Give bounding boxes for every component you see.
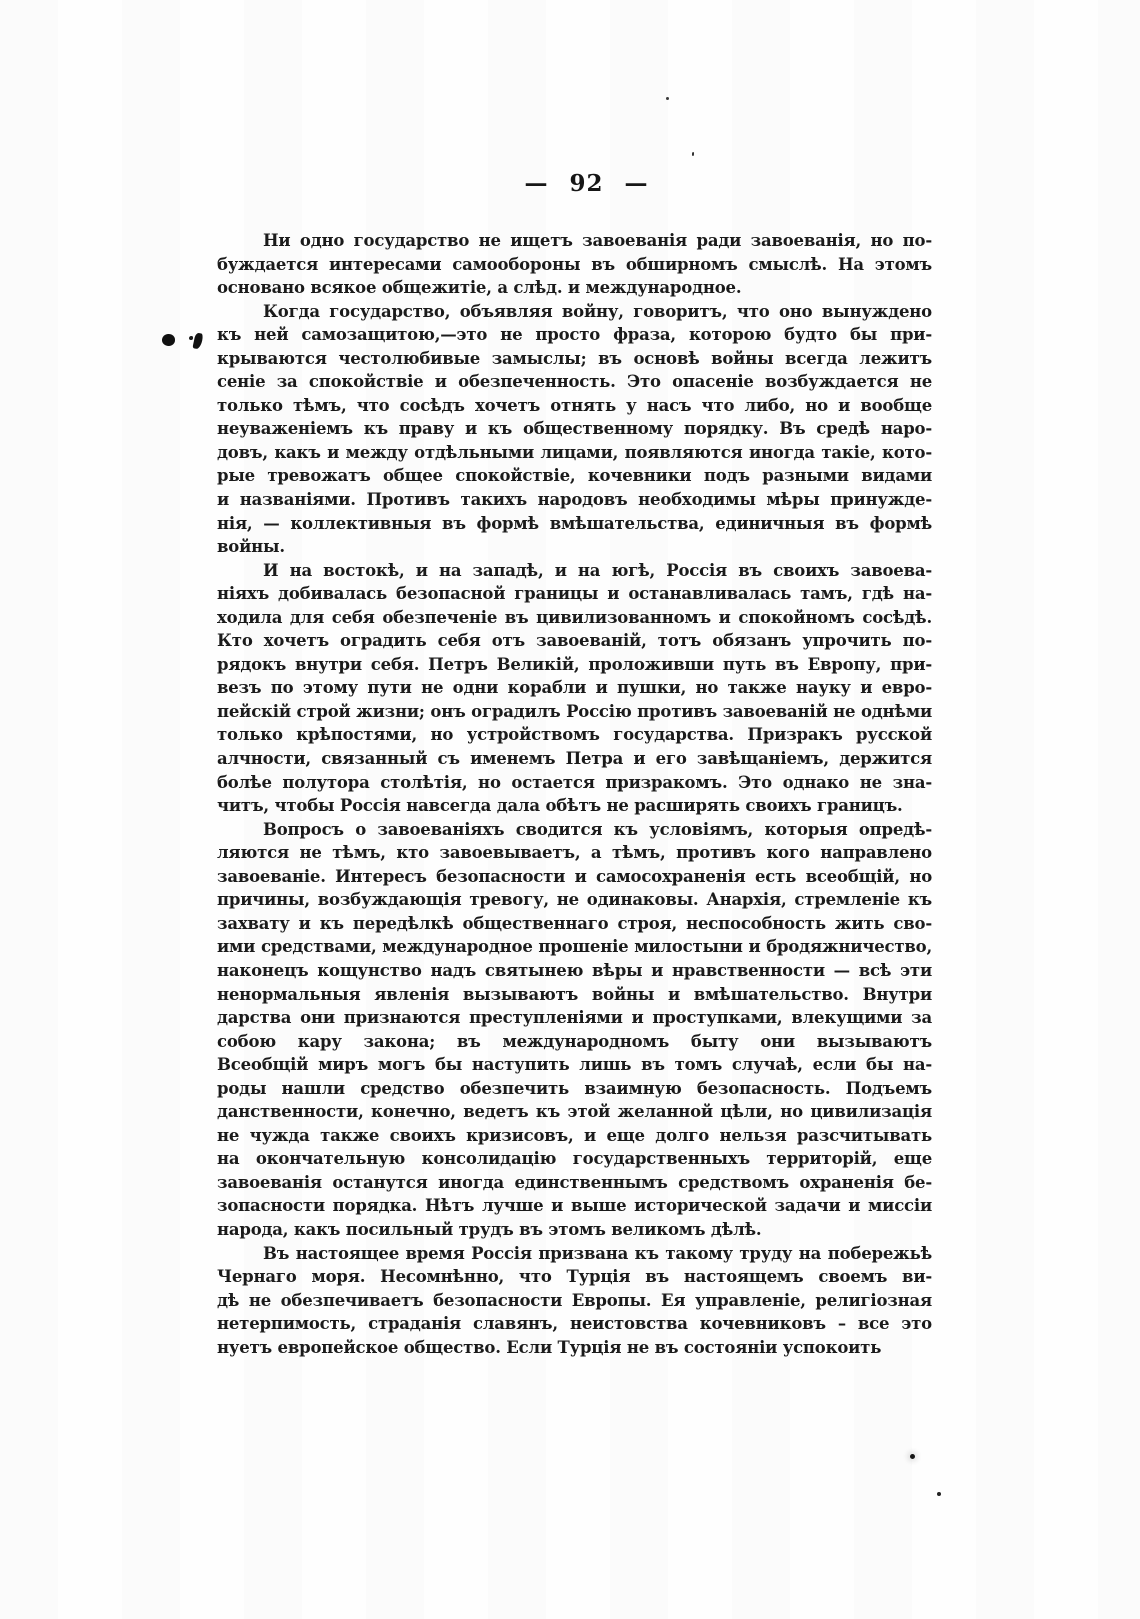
text-line: войны. <box>217 535 932 559</box>
text-line: буждается интересами самообороны въ обши… <box>217 253 932 277</box>
text-line: неуваженіемъ къ праву и къ общественному… <box>217 417 932 441</box>
text-line: довъ, какъ и между отдѣльными лицами, по… <box>217 441 932 465</box>
text-line: рые тревожатъ общее спокойствіе, кочевни… <box>217 464 932 488</box>
text-line: наконецъ кощунство надъ святынею вѣры и … <box>217 959 932 983</box>
text-line: сеніе за спокойствіе и обезпеченность. Э… <box>217 370 932 394</box>
text-line: крываются честолюбивые замыслы; въ основ… <box>217 347 932 371</box>
text-line: не чужда также своихъ кризисовъ, и еще д… <box>217 1124 932 1148</box>
text-line: завоеваніе. Интересъ безопасности и само… <box>217 865 932 889</box>
paragraph: И на востокѣ, и на западѣ, и на югѣ, Рос… <box>217 559 932 818</box>
text-line: ходила для себя обезпеченіе въ цивилизов… <box>217 606 932 630</box>
text-line: дарства они признаются преступленіями и … <box>217 1006 932 1030</box>
text-line: захвату и къ передѣлкѣ общественнаго стр… <box>217 912 932 936</box>
text-line: алчности, связанный съ именемъ Петра и е… <box>217 747 932 771</box>
scan-speck <box>692 152 694 156</box>
margin-ink-comma-blot <box>192 332 203 349</box>
text-line: зопасности порядка. Нѣтъ лучше и выше ис… <box>217 1194 932 1218</box>
text-line: данственности, конечно, ведетъ къ этой ж… <box>217 1100 932 1124</box>
text-line: собою кару закона; въ международномъ быт… <box>217 1030 932 1054</box>
text-line: пейскій строй жизни; онъ оградилъ Россію… <box>217 700 932 724</box>
text-line: Чернаго моря. Несомнѣнно, что Турція въ … <box>217 1265 932 1289</box>
text-line: роды нашли средство обезпечить взаимную … <box>217 1077 932 1101</box>
text-line: основано всякое общежитіе, а слѣд. и меж… <box>217 276 932 300</box>
text-line: везъ по этому пути не одни корабли и пуш… <box>217 676 932 700</box>
paragraph: Вопросъ о завоеваніяхъ сводится къ услов… <box>217 818 932 1242</box>
text-line: дѣ не обезпечиваетъ безопасности Европы.… <box>217 1289 932 1313</box>
text-line: только крѣпостями, но устройствомъ госуд… <box>217 723 932 747</box>
margin-ink-blot <box>162 334 175 346</box>
scan-speck <box>666 97 669 100</box>
paragraph: Ни одно государство не ищетъ завоеванія … <box>217 229 932 300</box>
body-text-block: Ни одно государство не ищетъ завоеванія … <box>217 229 932 1359</box>
text-line: къ ней самозащитою,—это не просто фраза,… <box>217 323 932 347</box>
text-line: ими средствами, международное прошеніе м… <box>217 935 932 959</box>
text-line: нія, — коллективныя въ формѣ вмѣшательст… <box>217 512 932 536</box>
text-line: только тѣмъ, что сосѣдъ хочетъ отнять у … <box>217 394 932 418</box>
text-line: причины, возбуждающія тревогу, не одинак… <box>217 888 932 912</box>
text-line: нетерпимость, страданія славянъ, неистов… <box>217 1312 932 1336</box>
text-line: завоеванія останутся иногда единственным… <box>217 1171 932 1195</box>
text-line: И на востокѣ, и на западѣ, и на югѣ, Рос… <box>217 559 932 583</box>
text-line: и названіями. Противъ такихъ народовъ не… <box>217 488 932 512</box>
text-line: ніяхъ добивалась безопасной границы и ос… <box>217 582 932 606</box>
text-line: болѣе полутора столѣтія, но остается при… <box>217 771 932 795</box>
text-line: Вопросъ о завоеваніяхъ сводится къ услов… <box>217 818 932 842</box>
text-line: рядокъ внутри себя. Петръ Великій, проло… <box>217 653 932 677</box>
paragraph: Когда государство, объявляя войну, говор… <box>217 300 932 559</box>
text-line: народа, какъ посильный трудъ въ этомъ ве… <box>217 1218 932 1242</box>
text-line: Ни одно государство не ищетъ завоеванія … <box>217 229 932 253</box>
text-line: Въ настоящее время Россія призвана къ та… <box>217 1242 932 1266</box>
text-line: Кто хочетъ оградить себя отъ завоеваній,… <box>217 629 932 653</box>
text-line: Когда государство, объявляя войну, говор… <box>217 300 932 324</box>
scanned-book-page: — 92 — Ни одно государство не ищетъ заво… <box>0 0 1140 1619</box>
text-line: читъ, чтобы Россія навсегда дала обѣтъ н… <box>217 794 932 818</box>
margin-ink-speck <box>189 336 193 340</box>
text-line: Всеобщій миръ могъ бы наступить лишь въ … <box>217 1053 932 1077</box>
text-line: ненормальныя явленія вызываютъ войны и в… <box>217 983 932 1007</box>
paragraph: Въ настоящее время Россія призвана къ та… <box>217 1242 932 1360</box>
scan-speck <box>910 1454 915 1459</box>
page-number: — 92 — <box>217 170 944 197</box>
text-line: нуетъ европейское общество. Если Турція … <box>217 1336 932 1360</box>
scan-speck <box>937 1492 941 1496</box>
text-line: ляются не тѣмъ, кто завоевываетъ, а тѣмъ… <box>217 841 932 865</box>
text-line: на окончательную консолидацію государств… <box>217 1147 932 1171</box>
